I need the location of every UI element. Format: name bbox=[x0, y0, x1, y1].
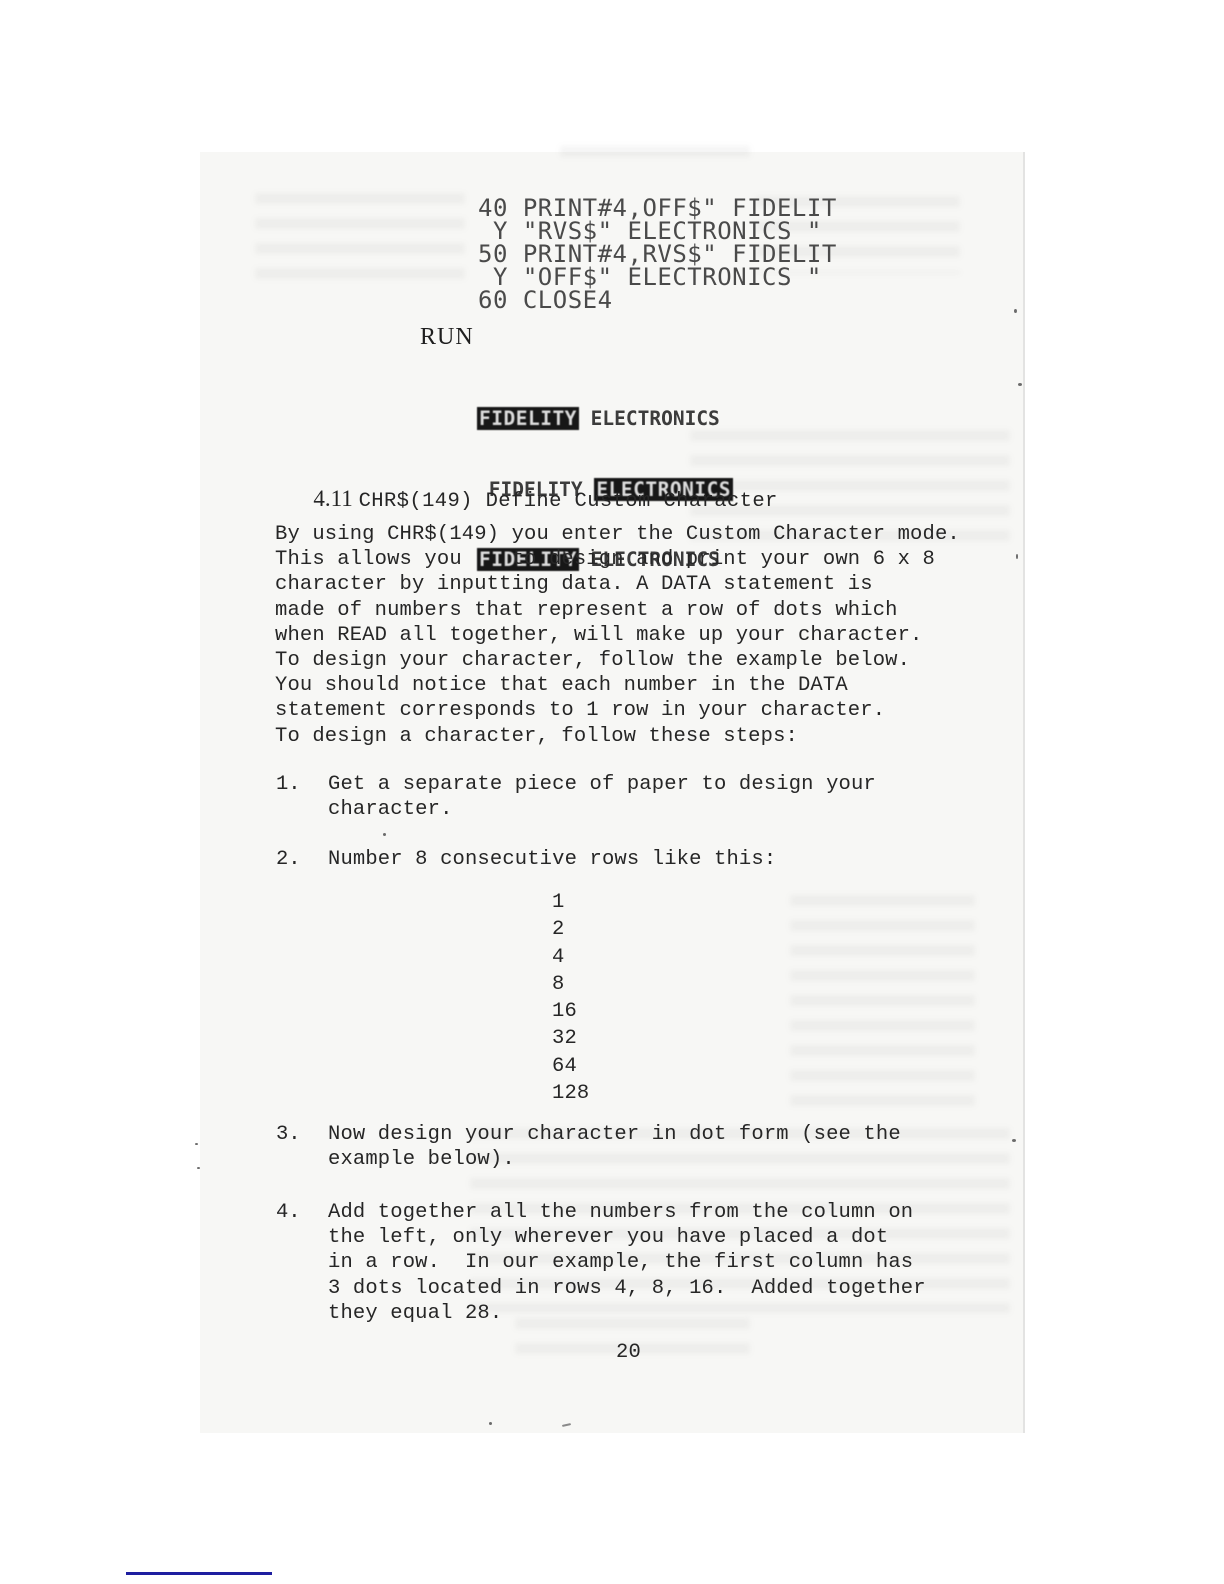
section-title: CHR$(149) Define Custom Character bbox=[359, 490, 778, 513]
intro-paragraph: By using CHR$(149) you enter the Custom … bbox=[275, 522, 960, 749]
scan-speck bbox=[1016, 554, 1018, 559]
scan-speck bbox=[1012, 1139, 1016, 1142]
scan-speck bbox=[1018, 383, 1022, 386]
step-number: 2. bbox=[276, 847, 328, 872]
step-text: Now design your character in dot form (s… bbox=[328, 1122, 901, 1172]
bleed-through-artifact bbox=[790, 895, 975, 1120]
section-number: 4.11 bbox=[313, 486, 358, 511]
scan-speck bbox=[383, 833, 386, 836]
reverse-video-text: FIDELITY bbox=[477, 407, 579, 430]
printout-line: FIDELITY ELECTRONICS bbox=[477, 407, 733, 431]
scan-speck bbox=[195, 1143, 198, 1145]
step-number: 1. bbox=[276, 772, 328, 822]
step-number: 3. bbox=[276, 1122, 328, 1172]
basic-program-listing: 40 PRINT#4,OFF$" FIDELIT Y "RVS$" ELECTR… bbox=[478, 197, 837, 312]
row-number-column: 1 2 4 8 16 32 64 128 bbox=[552, 889, 589, 1107]
page-number: 20 bbox=[616, 1340, 641, 1365]
scan-speck bbox=[1014, 309, 1017, 313]
step-item-4: 4. Add together all the numbers from the… bbox=[276, 1200, 926, 1326]
step-number: 4. bbox=[276, 1200, 328, 1326]
scan-speck bbox=[489, 1422, 492, 1425]
scanned-manual-page: 40 PRINT#4,OFF$" FIDELIT Y "RVS$" ELECTR… bbox=[0, 0, 1224, 1584]
step-item-1: 1. Get a separate piece of paper to desi… bbox=[276, 772, 876, 822]
blue-underline-mark bbox=[126, 1572, 272, 1575]
normal-text: ELECTRONICS bbox=[579, 407, 720, 430]
step-item-3: 3. Now design your character in dot form… bbox=[276, 1122, 901, 1172]
step-text: Get a separate piece of paper to design … bbox=[328, 772, 876, 822]
run-command-label: RUN bbox=[420, 324, 474, 351]
step-text: Add together all the numbers from the co… bbox=[328, 1200, 926, 1326]
bleed-through-artifact bbox=[255, 193, 465, 293]
step-item-2: 2. Number 8 consecutive rows like this: bbox=[276, 847, 776, 872]
scan-speck bbox=[197, 1167, 200, 1169]
paper-right-edge bbox=[1023, 152, 1025, 1433]
step-text: Number 8 consecutive rows like this: bbox=[328, 847, 776, 872]
bleed-through-artifact bbox=[560, 146, 750, 170]
